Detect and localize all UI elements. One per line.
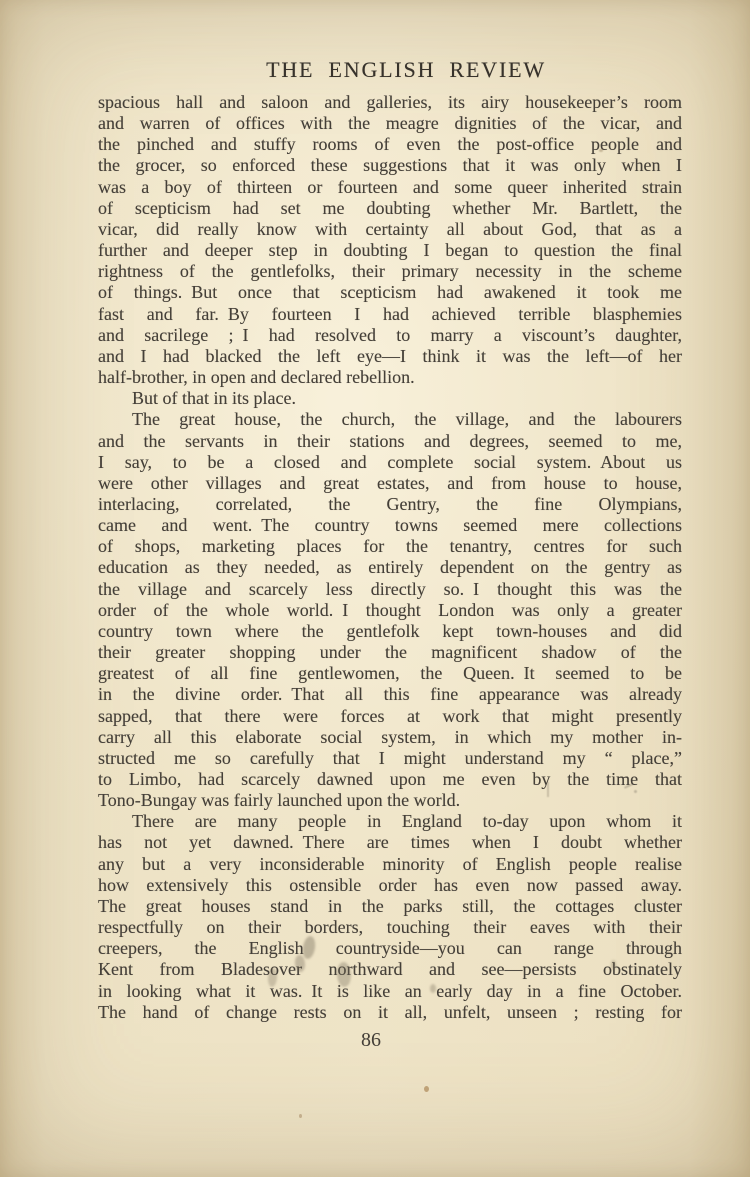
body-text-line: the village and scarcely less directly s… bbox=[98, 579, 682, 600]
body-text: spacious hall and saloon and galleries, … bbox=[98, 92, 682, 1023]
body-text-line: I say, to be a closed and complete socia… bbox=[98, 452, 682, 473]
body-text-line: respectfully on their borders, touching … bbox=[98, 917, 682, 938]
body-text-line: and sacrilege ; I had resolved to marry … bbox=[98, 325, 682, 346]
body-text-line: vicar, did really know with certainty al… bbox=[98, 219, 682, 240]
page-title: THE ENGLISH REVIEW bbox=[114, 57, 698, 83]
body-text-line: were other villages and great estates, a… bbox=[98, 473, 682, 494]
body-text-line: of scepticism had set me doubting whethe… bbox=[98, 198, 682, 219]
body-text-line: and warren of offices with the meagre di… bbox=[98, 113, 682, 134]
body-text-line: There are many people in England to-day … bbox=[98, 811, 682, 832]
body-text-line: creepers, the English countryside—you ca… bbox=[98, 938, 682, 959]
body-text-line: the pinched and stuffy rooms of even the… bbox=[98, 134, 682, 155]
body-text-line: their greater shopping under the magnifi… bbox=[98, 642, 682, 663]
body-text-line: and the servants in their stations and d… bbox=[98, 431, 682, 452]
body-text-line: interlacing, correlated, the Gentry, the… bbox=[98, 494, 682, 515]
body-text-line: fast and far. By fourteen I had achieved… bbox=[98, 304, 682, 325]
body-text-line: was a boy of thirteen or fourteen and so… bbox=[98, 177, 682, 198]
body-text-line: spacious hall and saloon and galleries, … bbox=[98, 92, 682, 113]
body-text-line: came and went. The country towns seemed … bbox=[98, 515, 682, 536]
body-text-line: The hand of change rests on it all, unfe… bbox=[98, 1002, 682, 1023]
paper-fleck bbox=[299, 1114, 302, 1118]
page-number: 86 bbox=[98, 1028, 644, 1052]
body-text-line: The great house, the church, the village… bbox=[98, 409, 682, 430]
body-text-line: in looking what it was. It is like an ea… bbox=[98, 981, 682, 1002]
body-text-line: to Limbo, had scarcely dawned upon me ev… bbox=[98, 769, 682, 790]
body-text-line: structed me so carefully that I might un… bbox=[98, 748, 682, 769]
body-text-line: half-brother, in open and declared rebel… bbox=[98, 367, 682, 388]
body-text-line: Kent from Bladesover northward and see—p… bbox=[98, 959, 682, 980]
body-text-line: of shops, marketing places for the tenan… bbox=[98, 536, 682, 557]
body-text-line: how extensively this ostensible order ha… bbox=[98, 875, 682, 896]
body-text-line: But of that in its place. bbox=[98, 388, 682, 409]
body-text-line: in the divine order. That all this fine … bbox=[98, 684, 682, 705]
body-text-line: The great houses stand in the parks stil… bbox=[98, 896, 682, 917]
body-text-line: carry all this elaborate social system, … bbox=[98, 727, 682, 748]
body-text-line: of things. But once that scepticism had … bbox=[98, 282, 682, 303]
body-text-line: and I had blacked the left eye—I think i… bbox=[98, 346, 682, 367]
body-text-line: order of the whole world. I thought Lond… bbox=[98, 600, 682, 621]
body-text-line: the grocer, so enforced these suggestion… bbox=[98, 155, 682, 176]
scanned-book-page: THE ENGLISH REVIEW spacious hall and sal… bbox=[0, 0, 750, 1177]
body-text-line: further and deeper step in doubting I be… bbox=[98, 240, 682, 261]
body-text-line: education as they needed, as entirely de… bbox=[98, 557, 682, 578]
body-text-line: greatest of all fine gentlewomen, the Qu… bbox=[98, 663, 682, 684]
body-text-line: has not yet dawned. There are times when… bbox=[98, 832, 682, 853]
body-text-line: any but a very inconsiderable minority o… bbox=[98, 854, 682, 875]
body-text-line: Tono-Bungay was fairly launched upon the… bbox=[98, 790, 682, 811]
body-text-line: country town where the gentlefolk kept t… bbox=[98, 621, 682, 642]
body-text-line: rightness of the gentlefolks, their prim… bbox=[98, 261, 682, 282]
paper-fleck bbox=[424, 1086, 429, 1092]
body-text-line: sapped, that there were forces at work t… bbox=[98, 706, 682, 727]
